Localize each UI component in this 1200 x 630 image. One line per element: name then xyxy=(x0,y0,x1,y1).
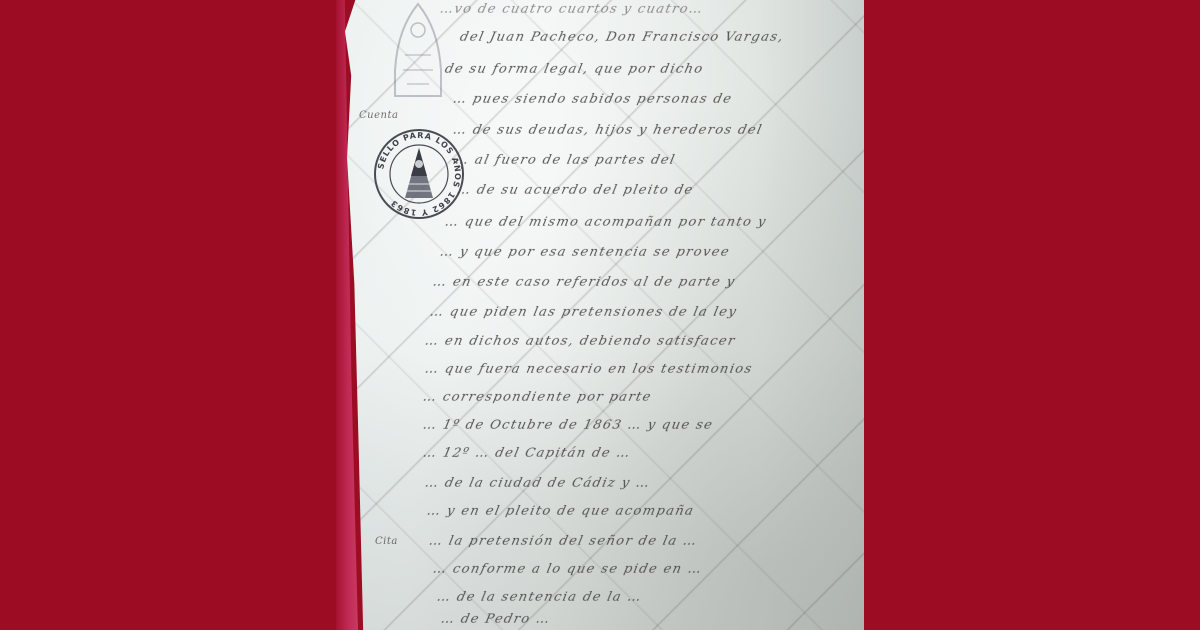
handwritten-text-block: …vo de cuatro cuartos y cuatro…del Juan … xyxy=(345,0,864,630)
handwritten-line: … que del mismo acompañan por tanto y xyxy=(443,215,768,230)
handwritten-line: … 1º de Octubre de 1863 … y que se xyxy=(421,418,714,433)
handwritten-line: … de la sentencia de la … xyxy=(435,590,643,605)
handwritten-line: … y en el pleito de que acompaña xyxy=(425,504,695,519)
handwritten-line: … de Pedro … xyxy=(439,612,552,627)
handwritten-line: … en dichos autos, debiendo satisfacer xyxy=(423,334,737,349)
handwritten-line: … que fuera necesario en los testimonios xyxy=(423,362,754,377)
handwritten-line: … en este caso referidos al de parte y xyxy=(431,275,736,290)
handwritten-line: … 12º … del Capitán de … xyxy=(421,446,632,461)
handwritten-line: … pues siendo sabidos personas de xyxy=(451,92,733,107)
handwritten-line: … de su acuerdo del pleito de xyxy=(455,183,695,198)
handwritten-line: … correspondiente por parte xyxy=(421,390,653,405)
handwritten-line: … al fuero de las partes del xyxy=(453,153,677,168)
handwritten-line: … de sus deudas, hijos y herederos del xyxy=(451,123,764,138)
handwritten-line: … de la ciudad de Cádiz y … xyxy=(423,476,651,491)
handwritten-line: … y que por esa sentencia se provee xyxy=(438,245,731,260)
handwritten-line: … conforme a lo que se pide en … xyxy=(431,562,703,577)
manuscript-page: SELLO PARA LOS AÑOS 1862 Y 1863 Cuenta C… xyxy=(345,0,864,630)
handwritten-line: … la pretensión del señor de la … xyxy=(427,534,699,549)
handwritten-line: …vo de cuatro cuartos y cuatro… xyxy=(438,2,704,17)
handwritten-line: del Juan Pacheco, Don Francisco Vargas, xyxy=(458,30,785,45)
handwritten-line: … que piden las pretensiones de la ley xyxy=(428,305,738,320)
handwritten-line: de su forma legal, que por dicho xyxy=(443,62,705,77)
